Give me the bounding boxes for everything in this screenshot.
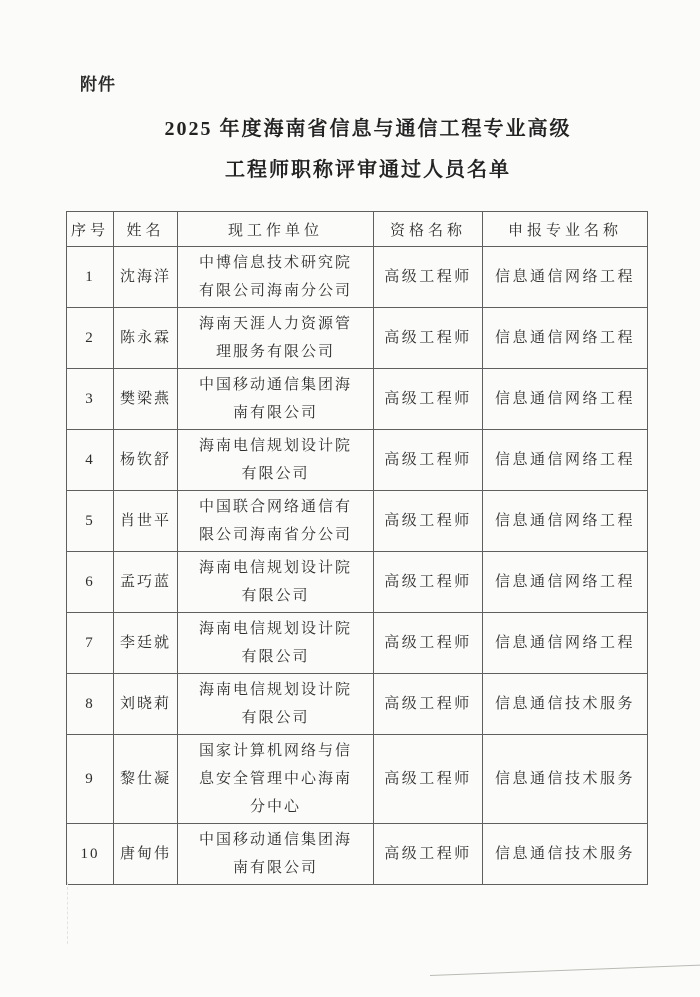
header-name: 姓名	[114, 212, 178, 247]
cell-specialty: 信息通信网络工程	[483, 247, 648, 308]
table-row: 6 孟巧蓝 海南电信规划设计院有限公司 高级工程师 信息通信网络工程	[67, 552, 648, 613]
cell-name: 沈海洋	[114, 247, 178, 308]
cell-name: 李廷就	[114, 613, 178, 674]
cell-name: 刘晓莉	[114, 674, 178, 735]
cell-serial-number: 2	[67, 308, 114, 369]
header-specialty: 申报专业名称	[483, 212, 648, 247]
cell-qualification: 高级工程师	[374, 552, 483, 613]
cell-name: 黎仕凝	[114, 735, 178, 824]
header-no: 序号	[67, 212, 114, 247]
cell-work-unit: 海南电信规划设计院有限公司	[178, 430, 374, 491]
cell-work-unit: 中国联合网络通信有限公司海南省分公司	[178, 491, 374, 552]
cell-name: 孟巧蓝	[114, 552, 178, 613]
table-header: 序号 姓名 现工作单位 资格名称 申报专业名称	[67, 212, 648, 247]
cell-serial-number: 1	[67, 247, 114, 308]
table-row: 5 肖世平 中国联合网络通信有限公司海南省分公司 高级工程师 信息通信网络工程	[67, 491, 648, 552]
document-title-line1: 2025 年度海南省信息与通信工程专业高级	[88, 109, 648, 150]
table-row: 10 唐甸伟 中国移动通信集团海南有限公司 高级工程师 信息通信技术服务	[67, 824, 648, 885]
table-row: 1 沈海洋 中博信息技术研究院有限公司海南分公司 高级工程师 信息通信网络工程	[67, 247, 648, 308]
cell-qualification: 高级工程师	[374, 824, 483, 885]
cell-serial-number: 5	[67, 491, 114, 552]
cell-specialty: 信息通信网络工程	[483, 430, 648, 491]
cell-specialty: 信息通信网络工程	[483, 308, 648, 369]
cell-work-unit: 中博信息技术研究院有限公司海南分公司	[178, 247, 374, 308]
cell-serial-number: 3	[67, 369, 114, 430]
cell-serial-number: 4	[67, 430, 114, 491]
cell-specialty: 信息通信技术服务	[483, 674, 648, 735]
cell-work-unit: 海南电信规划设计院有限公司	[178, 613, 374, 674]
table-row: 2 陈永霖 海南天涯人力资源管理服务有限公司 高级工程师 信息通信网络工程	[67, 308, 648, 369]
cell-name: 唐甸伟	[114, 824, 178, 885]
cell-work-unit: 海南天涯人力资源管理服务有限公司	[178, 308, 374, 369]
header-work-unit: 现工作单位	[178, 212, 374, 247]
cell-qualification: 高级工程师	[374, 308, 483, 369]
attachment-label: 附件	[80, 70, 700, 95]
cell-name: 肖世平	[114, 491, 178, 552]
cell-qualification: 高级工程师	[374, 735, 483, 824]
header-qualification: 资格名称	[374, 212, 483, 247]
cell-name: 樊梁燕	[114, 369, 178, 430]
cell-serial-number: 8	[67, 674, 114, 735]
table-header-row: 序号 姓名 现工作单位 资格名称 申报专业名称	[67, 212, 648, 247]
cell-specialty: 信息通信技术服务	[483, 824, 648, 885]
cell-specialty: 信息通信网络工程	[483, 369, 648, 430]
document-title: 2025 年度海南省信息与通信工程专业高级 工程师职称评审通过人员名单	[88, 109, 648, 191]
table-row: 9 黎仕凝 国家计算机网络与信息安全管理中心海南分中心 高级工程师 信息通信技术…	[67, 735, 648, 824]
table-row: 8 刘晓莉 海南电信规划设计院有限公司 高级工程师 信息通信技术服务	[67, 674, 648, 735]
cell-specialty: 信息通信网络工程	[483, 552, 648, 613]
document-title-line2: 工程师职称评审通过人员名单	[88, 150, 648, 191]
cell-work-unit: 中国移动通信集团海南有限公司	[178, 369, 374, 430]
cell-serial-number: 9	[67, 735, 114, 824]
cell-work-unit: 中国移动通信集团海南有限公司	[178, 824, 374, 885]
cell-specialty: 信息通信技术服务	[483, 735, 648, 824]
cell-name: 杨钦舒	[114, 430, 178, 491]
cell-qualification: 高级工程师	[374, 247, 483, 308]
personnel-table: 序号 姓名 现工作单位 资格名称 申报专业名称 1 沈海洋 中博信息技术研究院有…	[66, 211, 648, 885]
table-row: 7 李廷就 海南电信规划设计院有限公司 高级工程师 信息通信网络工程	[67, 613, 648, 674]
scan-artifact-dotted-line	[67, 882, 68, 944]
cell-specialty: 信息通信网络工程	[483, 491, 648, 552]
cell-specialty: 信息通信网络工程	[483, 613, 648, 674]
cell-work-unit: 海南电信规划设计院有限公司	[178, 674, 374, 735]
table-body: 1 沈海洋 中博信息技术研究院有限公司海南分公司 高级工程师 信息通信网络工程 …	[67, 247, 648, 885]
cell-name: 陈永霖	[114, 308, 178, 369]
table-row: 3 樊梁燕 中国移动通信集团海南有限公司 高级工程师 信息通信网络工程	[67, 369, 648, 430]
cell-qualification: 高级工程师	[374, 613, 483, 674]
cell-serial-number: 7	[67, 613, 114, 674]
scanned-document-page: 附件 2025 年度海南省信息与通信工程专业高级 工程师职称评审通过人员名单 序…	[0, 0, 700, 997]
cell-serial-number: 6	[67, 552, 114, 613]
cell-serial-number: 10	[67, 824, 114, 885]
cell-qualification: 高级工程师	[374, 430, 483, 491]
cell-qualification: 高级工程师	[374, 491, 483, 552]
cell-work-unit: 海南电信规划设计院有限公司	[178, 552, 374, 613]
cell-qualification: 高级工程师	[374, 674, 483, 735]
scan-artifact-diagonal-line	[430, 964, 700, 976]
cell-qualification: 高级工程师	[374, 369, 483, 430]
cell-work-unit: 国家计算机网络与信息安全管理中心海南分中心	[178, 735, 374, 824]
table-row: 4 杨钦舒 海南电信规划设计院有限公司 高级工程师 信息通信网络工程	[67, 430, 648, 491]
